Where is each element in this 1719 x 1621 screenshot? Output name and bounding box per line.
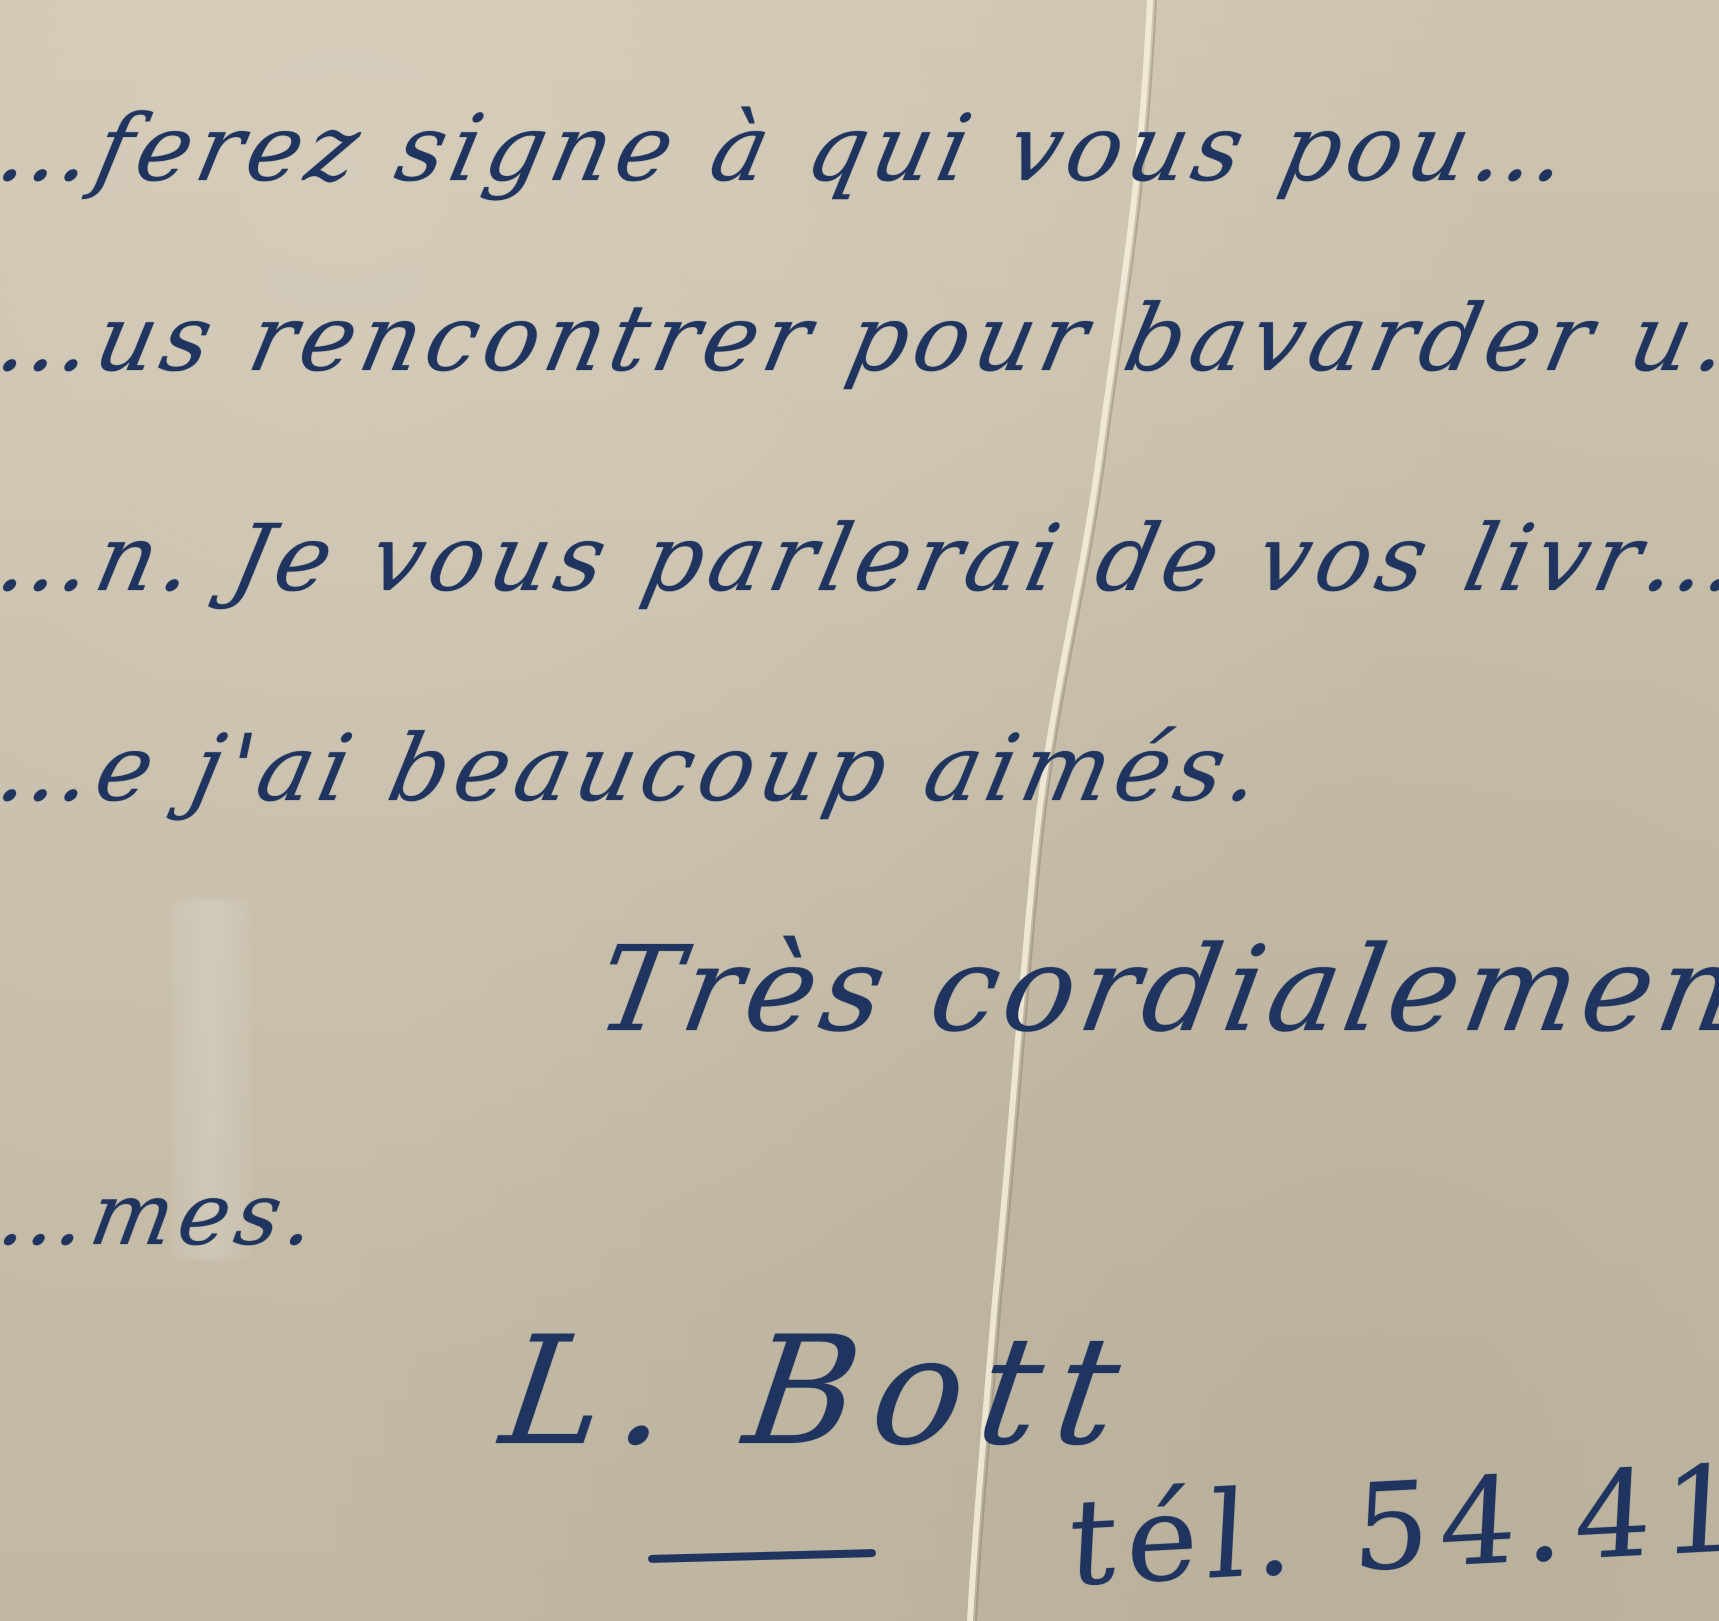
letter-closing: Très cordialement [588, 920, 1719, 1058]
letter-line-3: …n. Je vous parlerai de vos livr… [0, 505, 1719, 612]
letter-line-4: …e j'ai beaucoup aimés. [0, 715, 1277, 822]
letter-left-fragment: …mes. [0, 1165, 329, 1265]
letter-line-2: …us rencontrer pour bavarder u… [0, 285, 1719, 392]
signature: L. Bott [493, 1305, 1146, 1479]
letter-line-1: …ferez signe à qui vous pou… [0, 95, 1584, 202]
